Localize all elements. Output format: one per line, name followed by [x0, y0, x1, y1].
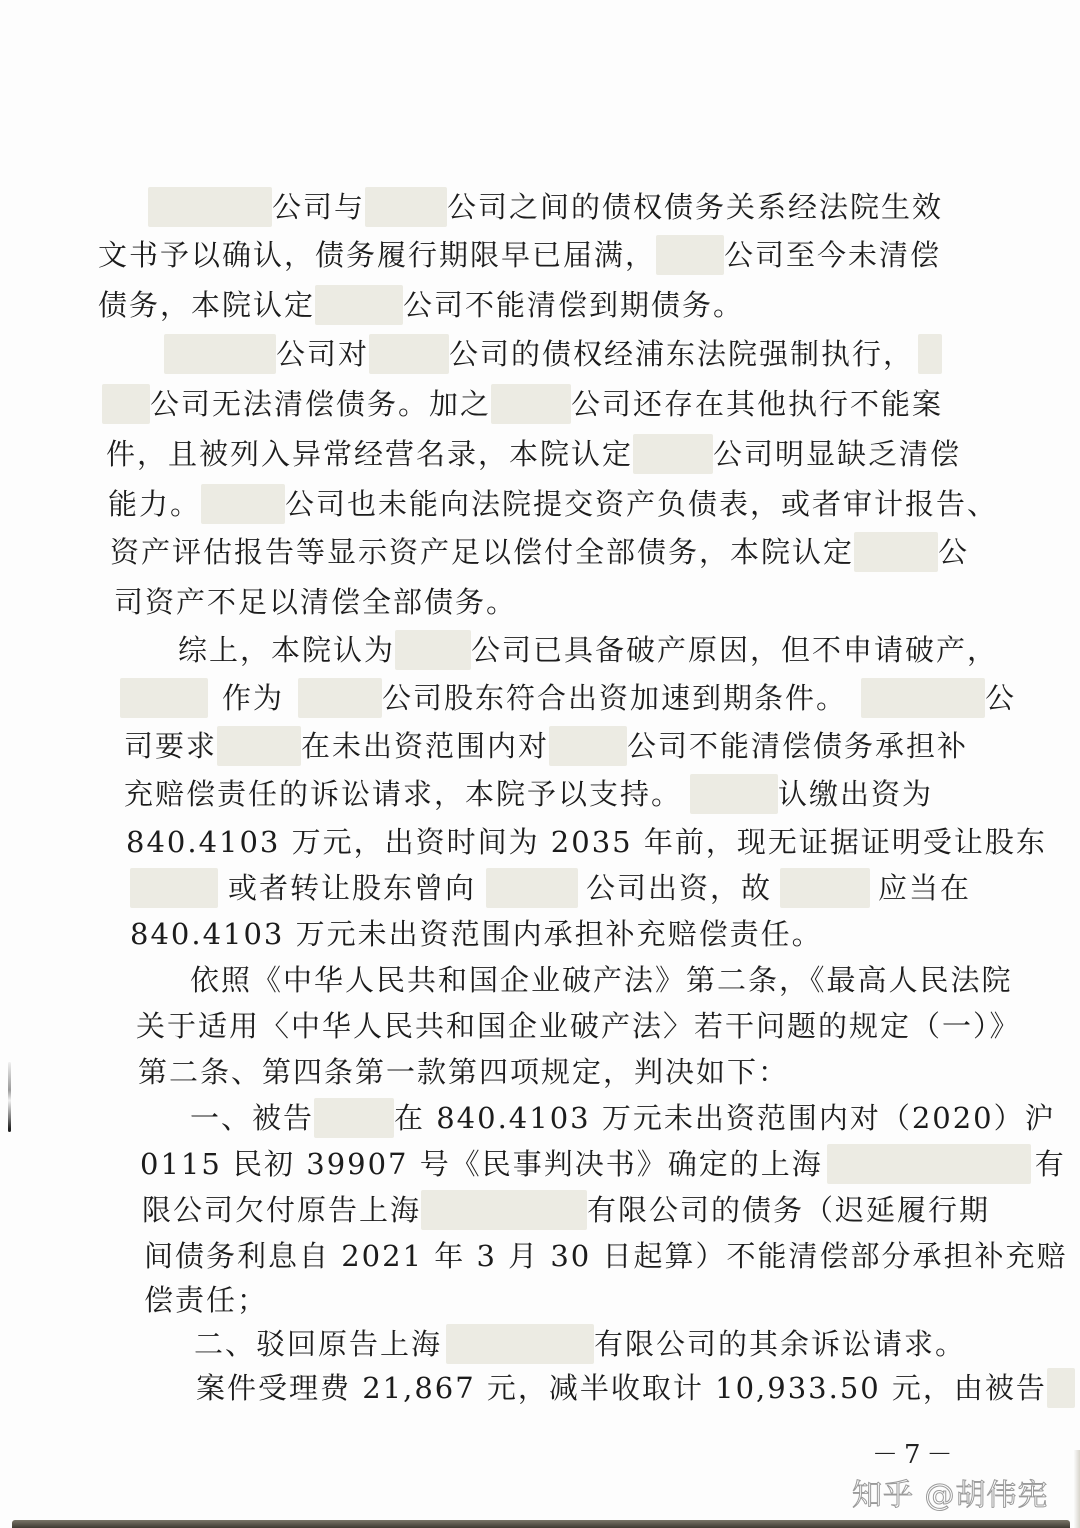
text-segment: 限公司欠付原告上海	[142, 1186, 421, 1234]
redacted-block	[217, 726, 301, 766]
text-segment: 公司无法清偿债务。加之	[150, 380, 491, 428]
zhihu-watermark: 知乎 @胡伟宪	[852, 1470, 1049, 1514]
text-line: 资产评估报告等显示资产足以偿付全部债务，本院认定公	[110, 528, 969, 576]
redacted-block	[148, 187, 272, 227]
redacted-block	[918, 334, 942, 374]
text-line: 综上，本院认为公司已具备破产原因，但不申请破产，	[178, 626, 998, 674]
text-segment: 应当在	[878, 864, 971, 912]
text-segment: 依照《中华人民共和国企业破产法》第二条，《最高人民法院	[190, 956, 1013, 1004]
text-line: 一、被告在 840.4103 万元未出资范围内对（2020）沪	[190, 1094, 1056, 1142]
text-segment: 在未出资范围内对	[301, 722, 549, 770]
text-segment: 一、被告	[190, 1094, 314, 1142]
redacted-block	[365, 187, 447, 227]
redacted-block	[298, 678, 382, 718]
text-segment: 840.4103 万元，出资时间为 2035 年前，现无证据证明受让股东	[126, 818, 1047, 866]
text-segment: 840.4103 万元未出资范围内承担补充赔偿责任。	[130, 910, 823, 958]
redacted-block	[1047, 1368, 1075, 1408]
redacted-block	[690, 774, 778, 814]
redacted-block	[780, 868, 870, 908]
text-line: 件，且被列入异常经营名录，本院认定公司明显缺乏清偿	[106, 430, 961, 478]
text-line: 司资产不足以清偿全部债务。	[114, 578, 517, 626]
text-segment: 公司之间的债权债务关系经法院生效	[447, 183, 943, 231]
text-line: 0115 民初 39907 号《民事判决书》确定的上海有	[140, 1140, 1066, 1188]
text-line: 840.4103 万元未出资范围内承担补充赔偿责任。	[130, 910, 823, 958]
text-segment: 公司也未能向法院提交资产负债表，或者审计报告、	[285, 480, 998, 528]
text-line: 作为公司股东符合出资加速到期条件。公	[120, 674, 1016, 722]
text-segment: 有	[1035, 1140, 1066, 1188]
text-segment: 公司不能清偿债务承担补	[627, 722, 968, 770]
text-segment: 或者转让股东曾向	[228, 864, 476, 912]
text-segment: 公司的债权经浦东法院强制执行，	[449, 330, 914, 378]
text-segment: 公司与	[272, 183, 365, 231]
text-segment: 能力。	[108, 480, 201, 528]
text-line: 债务，本院认定公司不能清偿到期债务。	[98, 281, 744, 329]
text-line: 公司对公司的债权经浦东法院强制执行，	[164, 330, 942, 378]
redacted-block	[421, 1190, 587, 1230]
redacted-block	[130, 868, 218, 908]
text-segment: 充赔偿责任的诉讼请求，本院予以支持。	[124, 770, 682, 818]
redacted-block	[549, 726, 627, 766]
text-line: 840.4103 万元，出资时间为 2035 年前，现无证据证明受让股东	[126, 818, 1047, 866]
redacted-block	[486, 868, 578, 908]
redacted-block	[633, 434, 713, 474]
redacted-block	[369, 334, 449, 374]
redacted-block	[315, 285, 403, 325]
redacted-block	[446, 1324, 594, 1364]
page-number: －7－	[872, 1434, 959, 1471]
redacted-block	[861, 678, 985, 718]
text-segment: 公司出资，故	[586, 864, 772, 912]
text-segment: 二、驳回原告上海	[194, 1320, 442, 1368]
text-line: 第二条、第四条第一款第四项规定，判决如下：	[138, 1048, 789, 1096]
text-segment: 案件受理费 21,867 元，减半收取计 10,933.50 元，由被告	[196, 1364, 1047, 1412]
text-segment: 认缴出资为	[778, 770, 933, 818]
text-segment: 第二条、第四条第一款第四项规定，判决如下：	[138, 1048, 789, 1096]
redacted-block	[164, 334, 276, 374]
text-line: 偿责任；	[144, 1276, 268, 1324]
redacted-block	[201, 484, 285, 524]
text-segment: 综上，本院认为	[178, 626, 395, 674]
text-segment: 作为	[222, 674, 284, 722]
text-line: 公司与公司之间的债权债务关系经法院生效	[148, 183, 943, 231]
text-segment: 公司已具备破产原因，但不申请破产，	[471, 626, 998, 674]
text-segment: 0115 民初 39907 号《民事判决书》确定的上海	[140, 1140, 823, 1188]
text-segment: 公司还存在其他执行不能案	[571, 380, 943, 428]
text-segment: 在 840.4103 万元未出资范围内对（2020）沪	[394, 1094, 1056, 1142]
scan-bottom-edge	[12, 1520, 1070, 1528]
text-line: 案件受理费 21,867 元，减半收取计 10,933.50 元，由被告	[196, 1364, 1075, 1412]
redacted-block	[827, 1144, 1031, 1184]
text-segment: 间债务利息自 2021 年 3 月 30 日起算）不能清偿部分承担补充赔	[144, 1232, 1067, 1280]
text-line: 或者转让股东曾向公司出资，故应当在	[130, 864, 971, 912]
redacted-block	[314, 1098, 394, 1138]
text-segment: 公司不能清偿到期债务。	[403, 281, 744, 329]
redacted-block	[395, 630, 471, 670]
text-line: 公司无法清偿债务。加之公司还存在其他执行不能案	[102, 380, 943, 428]
text-line: 文书予以确认，债务履行期限早已届满，公司至今未清偿	[98, 231, 941, 279]
text-segment: 公司股东符合出资加速到期条件。	[382, 674, 847, 722]
text-segment: 债务，本院认定	[98, 281, 315, 329]
text-line: 依照《中华人民共和国企业破产法》第二条，《最高人民法院	[190, 956, 1013, 1004]
text-line: 限公司欠付原告上海有限公司的债务（迟延履行期	[142, 1186, 990, 1234]
text-segment: 有限公司的其余诉讼请求。	[594, 1320, 966, 1368]
text-line: 司要求在未出资范围内对公司不能清偿债务承担补	[124, 722, 968, 770]
text-line: 间债务利息自 2021 年 3 月 30 日起算）不能清偿部分承担补充赔	[144, 1232, 1067, 1280]
redacted-block	[102, 384, 150, 424]
text-line: 能力。公司也未能向法院提交资产负债表，或者审计报告、	[108, 480, 998, 528]
text-segment: 关于适用〈中华人民共和国企业破产法〉若干问题的规定（一）》	[136, 1002, 1021, 1050]
text-line: 充赔偿责任的诉讼请求，本院予以支持。认缴出资为	[124, 770, 933, 818]
text-segment: 件，且被列入异常经营名录，本院认定	[106, 430, 633, 478]
text-line: 二、驳回原告上海有限公司的其余诉讼请求。	[194, 1320, 966, 1368]
scanned-document-page: 公司与公司之间的债权债务关系经法院生效 文书予以确认，债务履行期限早已届满，公司…	[0, 0, 1080, 1528]
text-segment: 有限公司的债务（迟延履行期	[587, 1186, 990, 1234]
redacted-block	[120, 678, 208, 718]
text-segment: 公司明显缺乏清偿	[713, 430, 961, 478]
text-segment: 偿责任；	[144, 1276, 268, 1324]
scan-right-edge	[1074, 1450, 1080, 1528]
redacted-block	[854, 532, 938, 572]
redacted-block	[656, 235, 724, 275]
text-segment: 公司对	[276, 330, 369, 378]
redacted-block	[491, 384, 571, 424]
text-segment: 公	[938, 528, 969, 576]
text-segment: 司资产不足以清偿全部债务。	[114, 578, 517, 626]
text-segment: 司要求	[124, 722, 217, 770]
text-segment: 资产评估报告等显示资产足以偿付全部债务，本院认定	[110, 528, 854, 576]
text-line: 关于适用〈中华人民共和国企业破产法〉若干问题的规定（一）》	[136, 1002, 1021, 1050]
text-segment: 公	[985, 674, 1016, 722]
text-segment: 文书予以确认，债务履行期限早已届满，	[98, 231, 656, 279]
text-segment: 公司至今未清偿	[724, 231, 941, 279]
scan-margin-mark	[8, 1062, 11, 1132]
